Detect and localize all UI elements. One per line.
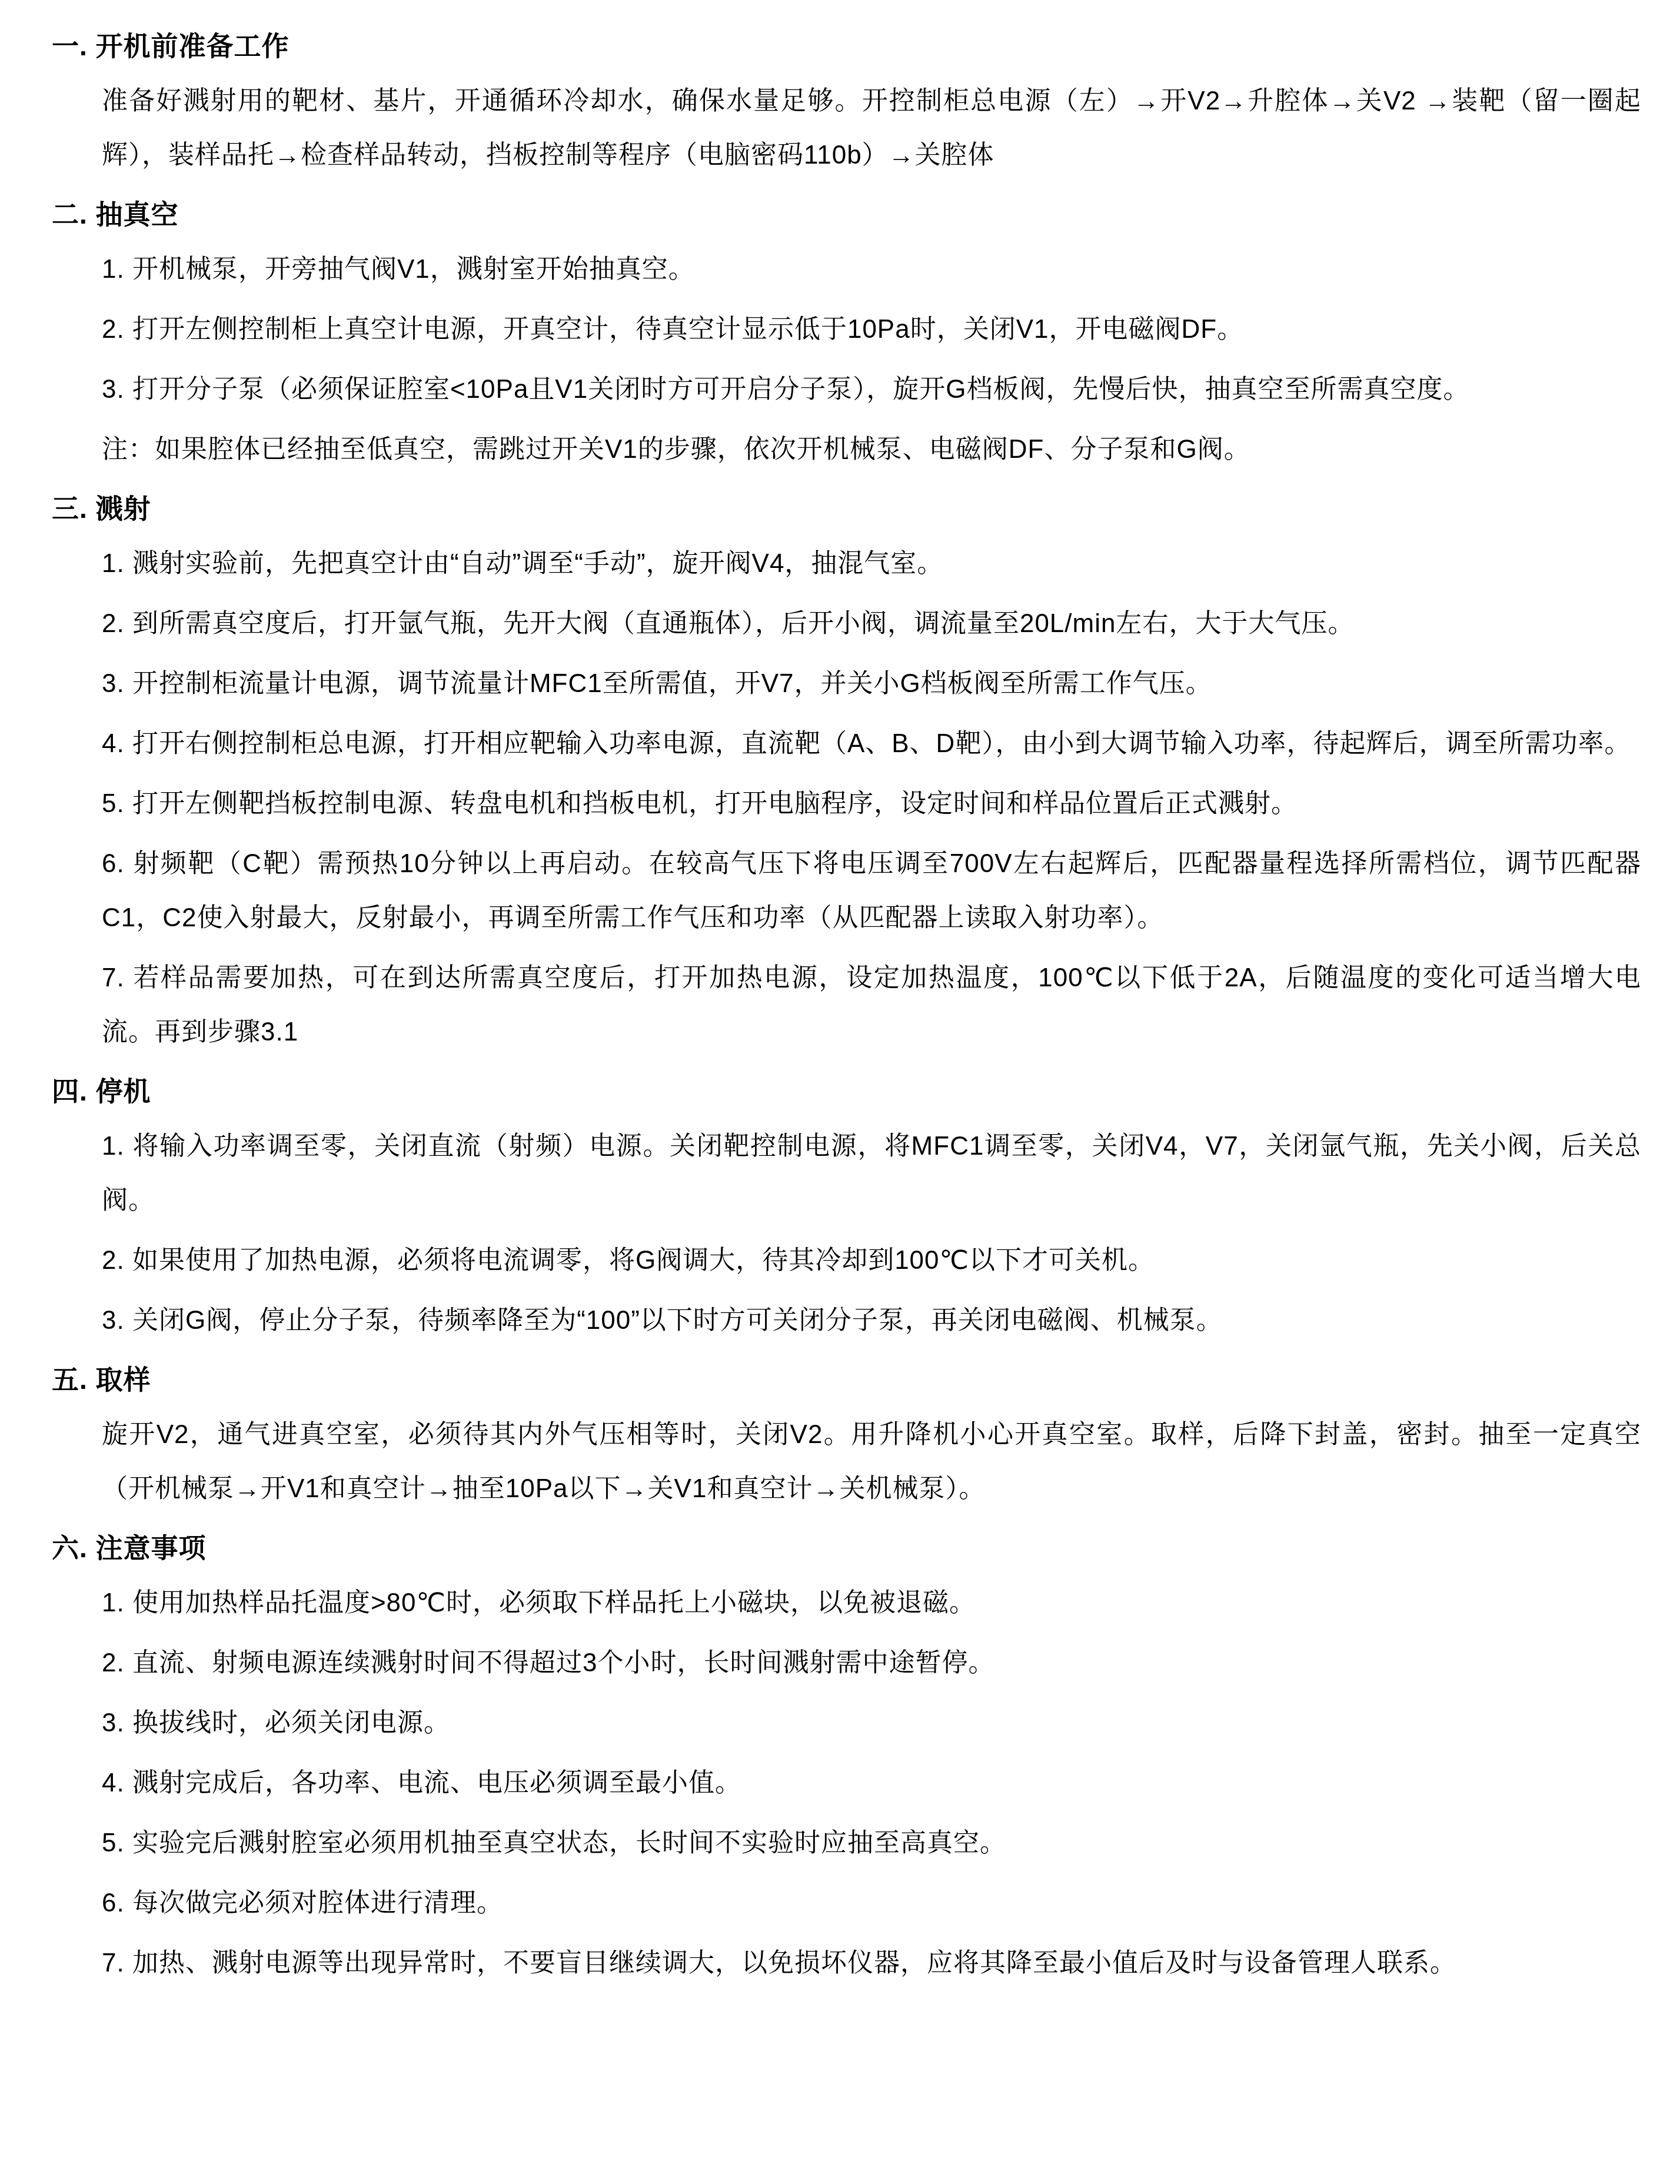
section-heading-4: 四. 停机 <box>52 1075 1641 1108</box>
section-2-paragraph-1: 1. 开机械泵，开旁抽气阀V1，溅射室开始抽真空。 <box>102 242 1641 297</box>
section-3-paragraph-3: 3. 开控制柜流量计电源，调节流量计MFC1至所需值，开V7，并关小G档板阀至所… <box>102 657 1641 711</box>
section-6-paragraph-3: 3. 换拔线时，必须关闭电源。 <box>102 1696 1641 1750</box>
section-3-paragraph-6: 6. 射频靶（C靶）需预热10分钟以上再启动。在较高气压下将电压调至700V左右… <box>102 837 1641 945</box>
section-2-paragraph-4: 注：如果腔体已经抽至低真空，需跳过开关V1的步骤，依次开机械泵、电磁阀DF、分子… <box>102 423 1641 477</box>
section-6-paragraph-1: 1. 使用加热样品托温度>80℃时，必须取下样品托上小磁块，以免被退磁。 <box>102 1576 1641 1630</box>
section-heading-3: 三. 溅射 <box>52 492 1641 525</box>
section-6-paragraph-2: 2. 直流、射频电源连续溅射时间不得超过3个小时，长时间溅射需中途暂停。 <box>102 1636 1641 1690</box>
section-heading-6: 六. 注意事项 <box>52 1531 1641 1564</box>
section-3-paragraph-1: 1. 溅射实验前，先把真空计由“自动”调至“手动”，旋开阀V4，抽混气室。 <box>102 537 1641 591</box>
section-6-paragraph-6: 6. 每次做完必须对腔体进行清理。 <box>102 1876 1641 1930</box>
document-body: 一. 开机前准备工作准备好溅射用的靶材、基片，开通循环冷却水，确保水量足够。开控… <box>52 29 1641 1990</box>
section-2-paragraph-3: 3. 打开分子泵（必须保证腔室<10Pa且V1关闭时方可开启分子泵），旋开G档板… <box>102 363 1641 417</box>
section-6-paragraph-5: 5. 实验完后溅射腔室必须用机抽至真空状态，长时间不实验时应抽至高真空。 <box>102 1816 1641 1870</box>
section-3-paragraph-7: 7. 若样品需要加热，可在到达所需真空度后，打开加热电源，设定加热温度，100℃… <box>102 951 1641 1059</box>
section-4-paragraph-3: 3. 关闭G阀，停止分子泵，待频率降至为“100”以下时方可关闭分子泵，再关闭电… <box>102 1294 1641 1348</box>
section-4-paragraph-1: 1. 将输入功率调至零，关闭直流（射频）电源。关闭靶控制电源，将MFC1调至零，… <box>102 1119 1641 1228</box>
section-2-paragraph-2: 2. 打开左侧控制柜上真空计电源，开真空计，待真空计显示低于10Pa时，关闭V1… <box>102 302 1641 357</box>
section-1-paragraph-1: 准备好溅射用的靶材、基片，开通循环冷却水，确保水量足够。开控制柜总电源（左）→开… <box>102 74 1641 182</box>
section-heading-1: 一. 开机前准备工作 <box>52 29 1641 62</box>
section-heading-2: 二. 抽真空 <box>52 198 1641 231</box>
document-page: 一. 开机前准备工作准备好溅射用的靶材、基片，开通循环冷却水，确保水量足够。开控… <box>0 0 1680 2184</box>
section-6-paragraph-4: 4. 溅射完成后，各功率、电流、电压必须调至最小值。 <box>102 1756 1641 1810</box>
section-4-paragraph-2: 2. 如果使用了加热电源，必须将电流调零，将G阀调大，待其冷却到100℃以下才可… <box>102 1234 1641 1288</box>
section-3-paragraph-2: 2. 到所需真空度后，打开氩气瓶，先开大阀（直通瓶体），后开小阀，调流量至20L… <box>102 597 1641 651</box>
section-3-paragraph-4: 4. 打开右侧控制柜总电源，打开相应靶输入功率电源，直流靶（A、B、D靶），由小… <box>102 717 1641 771</box>
section-6-paragraph-7: 7. 加热、溅射电源等出现异常时，不要盲目继续调大，以免损坏仪器，应将其降至最小… <box>102 1936 1641 1990</box>
section-3-paragraph-5: 5. 打开左侧靶挡板控制电源、转盘电机和挡板电机，打开电脑程序，设定时间和样品位… <box>102 777 1641 831</box>
section-heading-5: 五. 取样 <box>52 1363 1641 1396</box>
section-5-paragraph-1: 旋开V2，通气进真空室，必须待其内外气压相等时，关闭V2。用升降机小心开真空室。… <box>102 1408 1641 1516</box>
